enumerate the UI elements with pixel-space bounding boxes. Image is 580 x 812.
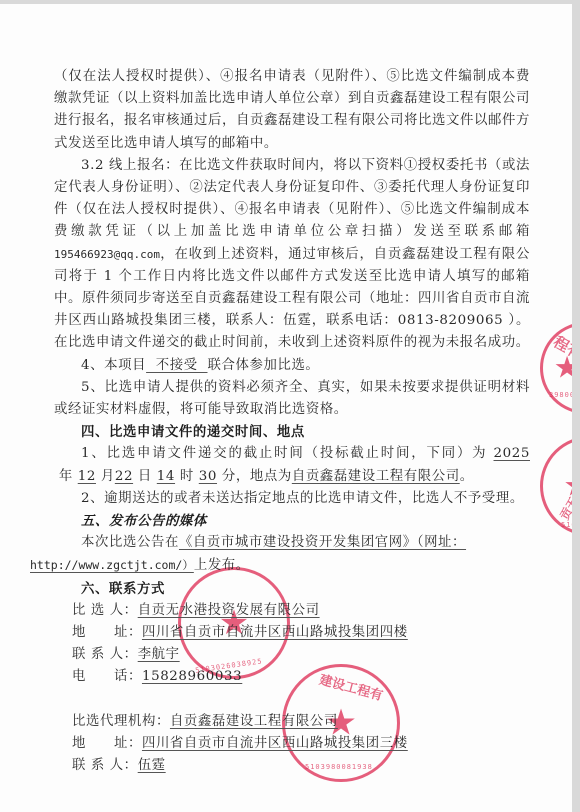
- seal-text: 贡无水港投资: [556, 452, 572, 523]
- selector-address-row: 地 址：四川省自贡市自流井区西山路城投集团四楼: [54, 622, 530, 644]
- field-label: 联 系 人：: [72, 755, 138, 777]
- agent-name-row: 比选代理机构：自贡鑫磊建设工程有限公司: [54, 711, 530, 733]
- agent-address: 四川省自贡市自流井区西山路城投集团三楼: [142, 733, 408, 755]
- deadline-day: 22: [115, 469, 133, 484]
- document-page: 程有 ★ 39800 贡无水港投资 ★ 510 ★ 5103026038925 …: [0, 4, 572, 812]
- company-seal-right-top: 程有 ★ 39800: [540, 322, 572, 414]
- paragraph-authenticity: 5、比选申请人提供的资料必须齐全、真实，如果未按要求提供证明材料或经证实材料虚假…: [54, 377, 530, 421]
- paragraph-publication-media: 本次比选公告在《自贡市城市建设投资开发集团官网》（网址：http://www.z…: [54, 532, 530, 577]
- spacer: [54, 689, 530, 711]
- agent-contact: 伍霆: [138, 755, 166, 777]
- deadline-month: 12: [78, 469, 96, 484]
- field-label: 联 系 人：: [72, 644, 138, 666]
- agent-contact-row: 联 系 人：伍霆: [54, 755, 530, 777]
- deadline-minute: 30: [199, 469, 217, 484]
- deadline-year: 2025: [494, 446, 530, 461]
- submission-location: 自贡鑫磊建设工程有限公司: [292, 469, 460, 484]
- paragraph-deadline: 1、比选申请文件递交的截止时间（投标截止时间，下同）为 2025 年 12 月2…: [54, 443, 530, 487]
- seal-number: 39800: [549, 391, 572, 399]
- paragraph-offline-registration: （仅在法人授权时提供）、④报名申请表（见附件）、⑤比选文件编制成本费缴款凭证（以…: [54, 66, 530, 155]
- section-5-heading: 五、发布公告的媒体: [54, 510, 530, 532]
- seal-star-icon: ★: [563, 469, 572, 504]
- deadline-hour: 14: [157, 469, 175, 484]
- selector-contact: 李航宇: [138, 644, 180, 666]
- field-label: 地 址：: [72, 733, 142, 755]
- field-label: 地 址：: [72, 622, 142, 644]
- contact-email: 195466923@qq.com: [54, 248, 160, 261]
- seal-star-icon: ★: [554, 351, 572, 386]
- section-6-heading: 六、联系方式: [54, 578, 530, 600]
- media-url-link[interactable]: http://www.zgctjt.com/）: [30, 558, 194, 572]
- section-4-heading: 四、比选申请文件的递交时间、地点: [54, 421, 530, 443]
- company-seal-right-mid: 贡无水港投资 ★ 510: [540, 436, 572, 536]
- consortium-value: 不接受: [146, 358, 207, 373]
- selector-phone: 15828960033: [142, 666, 242, 688]
- field-label: 电 话：: [72, 666, 142, 688]
- agent-address-row: 地 址：四川省自贡市自流井区西山路城投集团三楼: [54, 733, 530, 755]
- paragraph-late-submission: 2、逾期送达的或者未送达指定地点的比选申请文件，比选人不予受理。: [54, 488, 530, 510]
- selector-phone-row: 电 话：15828960033: [54, 666, 530, 688]
- paragraph-consortium: 4、本项目 不接受 联合体参加比选。: [54, 355, 530, 377]
- selector-address: 四川省自贡市自流井区西山路城投集团四楼: [142, 622, 408, 644]
- field-label: 比选代理机构：: [72, 711, 170, 733]
- field-label: 比 选 人：: [72, 600, 138, 622]
- selector-name-row: 比 选 人：自贡无水港投资发展有限公司: [54, 600, 530, 622]
- agent-name: 自贡鑫磊建设工程有限公司: [170, 711, 338, 733]
- selector-contact-row: 联 系 人：李航宇: [54, 644, 530, 666]
- document-body: （仅在法人授权时提供）、④报名申请表（见附件）、⑤比选文件编制成本费缴款凭证（以…: [54, 66, 530, 777]
- selector-name: 自贡无水港投资发展有限公司: [138, 600, 320, 622]
- media-name: 《自贡市城市建设投资开发集团官网》（网址：: [179, 535, 466, 550]
- seal-number: 510: [561, 521, 572, 529]
- paragraph-online-registration: 3.2 线上报名：在比选文件获取时间内，将以下资料①授权委托书（或法定代表人身份…: [54, 155, 530, 355]
- seal-text: 程有: [550, 331, 572, 364]
